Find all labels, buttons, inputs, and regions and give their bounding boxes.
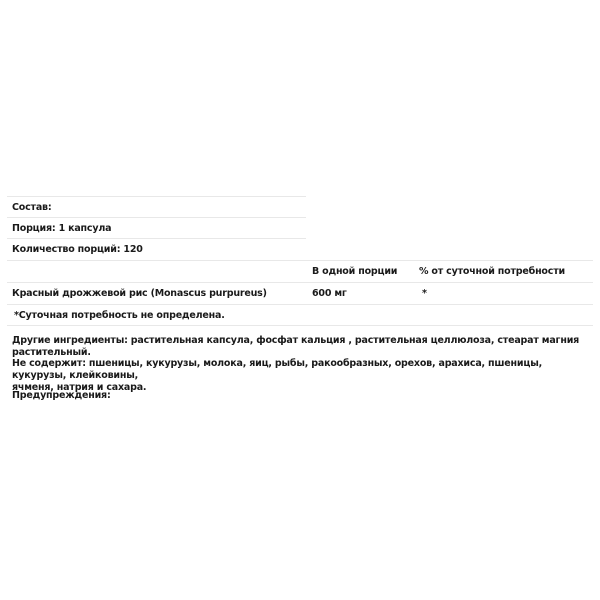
ingredient-amount: 600 мг bbox=[312, 288, 347, 299]
daily-value-footnote: *Суточная потребность не определена. bbox=[14, 310, 225, 321]
free-of-statement: Не содержит: пшеницы, кукурузы, молока, … bbox=[12, 358, 592, 394]
servings-per-container-row: Количество порций: 120 bbox=[7, 238, 306, 259]
supplement-facts-table: В одной порции % от суточной потребности… bbox=[7, 260, 593, 326]
serving-size: Порция: 1 капсула bbox=[12, 223, 111, 234]
table-row: Красный дрожжевой рис (Monascus purpureu… bbox=[7, 282, 593, 304]
free-of-line-1: Не содержит: пшеницы, кукурузы, молока, … bbox=[12, 358, 592, 382]
ingredient-name: Красный дрожжевой рис (Monascus purpureu… bbox=[12, 288, 267, 299]
composition-label: Состав: bbox=[12, 202, 51, 213]
summary-table: Состав: Порция: 1 капсула Количество пор… bbox=[7, 196, 306, 259]
ingredient-daily-value: * bbox=[422, 288, 427, 299]
footnote-row: *Суточная потребность не определена. bbox=[7, 304, 593, 326]
table-header-row: В одной порции % от суточной потребности bbox=[7, 260, 593, 282]
serving-size-row: Порция: 1 капсула bbox=[7, 217, 306, 238]
servings-per-container: Количество порций: 120 bbox=[12, 244, 143, 255]
composition-row: Состав: bbox=[7, 196, 306, 217]
column-header-daily-value: % от суточной потребности bbox=[419, 266, 565, 277]
warnings-label: Предупреждения: bbox=[12, 390, 592, 402]
other-ingredients: Другие ингредиенты: растительная капсула… bbox=[12, 335, 592, 359]
column-header-amount: В одной порции bbox=[312, 266, 397, 277]
